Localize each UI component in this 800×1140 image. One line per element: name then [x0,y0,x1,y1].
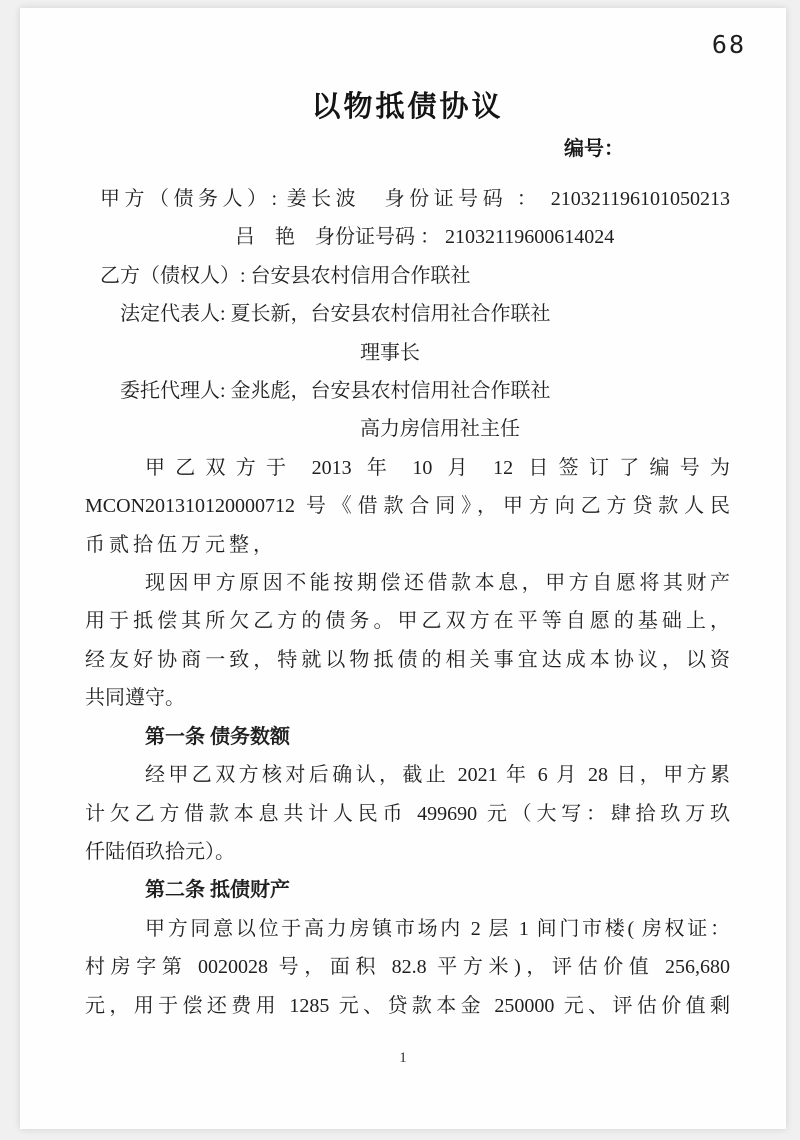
para-loan-contract-line-1: 甲乙双方于 2013 年 10 月 12 日签订了编号为 [85,449,730,487]
line-party-a-debtor-2: 吕 艳 身份证号码 ： 21032119600614024 [235,218,730,256]
document-body: 甲方（债务人）: 姜长波 身份证号码 ： 210321196101050213 … [85,180,730,1025]
para-loan-contract-line-2: MCON201310120000712 号《借款合同》，甲方向乙方贷款人民 [85,487,730,525]
para-property-line-1: 甲方同意以位于高力房镇市场内 2 层 1 间门市楼( 房权证： [85,910,730,948]
document-page: 68 以物抵债协议 编号： 甲方（债务人）: 姜长波 身份证号码 ： 21032… [20,8,786,1129]
line-party-b-creditor: 乙方（债权人）: 台安县农村信用合作联社 [100,257,730,295]
line-legal-rep-title: 理事长 [360,334,730,372]
para-preamble-line-2: 用于抵偿其所欠乙方的债务。甲乙双方在平等自愿的基础上， [85,602,730,640]
para-debt-amount-line-2: 计欠乙方借款本息共计人民币 499690 元（大写：肆拾玖万玖 [85,795,730,833]
para-preamble-line-3: 经友好协商一致，特就以物抵债的相关事宜达成本协议，以资 [85,641,730,679]
document-title: 以物抵债协议 [85,92,730,122]
line-agent-title: 高力房信用社主任 [360,410,730,448]
para-preamble-line-4: 共同遵守。 [85,679,730,717]
para-loan-contract-line-3: 币贰拾伍万元整， [85,526,730,564]
document-content: 以物抵债协议 编号： 甲方（债务人）: 姜长波 身份证号码 ： 21032119… [85,8,730,1025]
para-preamble-line-1: 现因甲方原因不能按期偿还借款本息，甲方自愿将其财产 [85,564,730,602]
document-number-label: 编号： [564,135,730,163]
para-property-line-3: 元，用于偿还费用 1285 元、贷款本金 250000 元、评估价值剩 [85,987,730,1025]
heading-article-2: 第二条 抵债财产 [85,871,730,909]
para-debt-amount-line-3: 仟陆佰玖拾元）。 [85,833,730,871]
footer-page-number: 1 [20,1050,786,1067]
heading-article-1: 第一条 债务数额 [85,718,730,756]
line-entrusted-agent: 委托代理人: 金兆彪，台安县农村信用社合作联社 [120,372,730,410]
para-property-line-2: 村房字第 0020028 号，面积 82.8 平方米)，评估价值 256,680 [85,948,730,986]
line-legal-representative: 法定代表人: 夏长新，台安县农村信用社合作联社 [120,295,730,333]
line-party-a-debtor: 甲方（债务人）: 姜长波 身份证号码 ： 210321196101050213 [100,180,730,218]
para-debt-amount-line-1: 经甲乙双方核对后确认，截止 2021 年 6 月 28 日，甲方累 [85,756,730,794]
